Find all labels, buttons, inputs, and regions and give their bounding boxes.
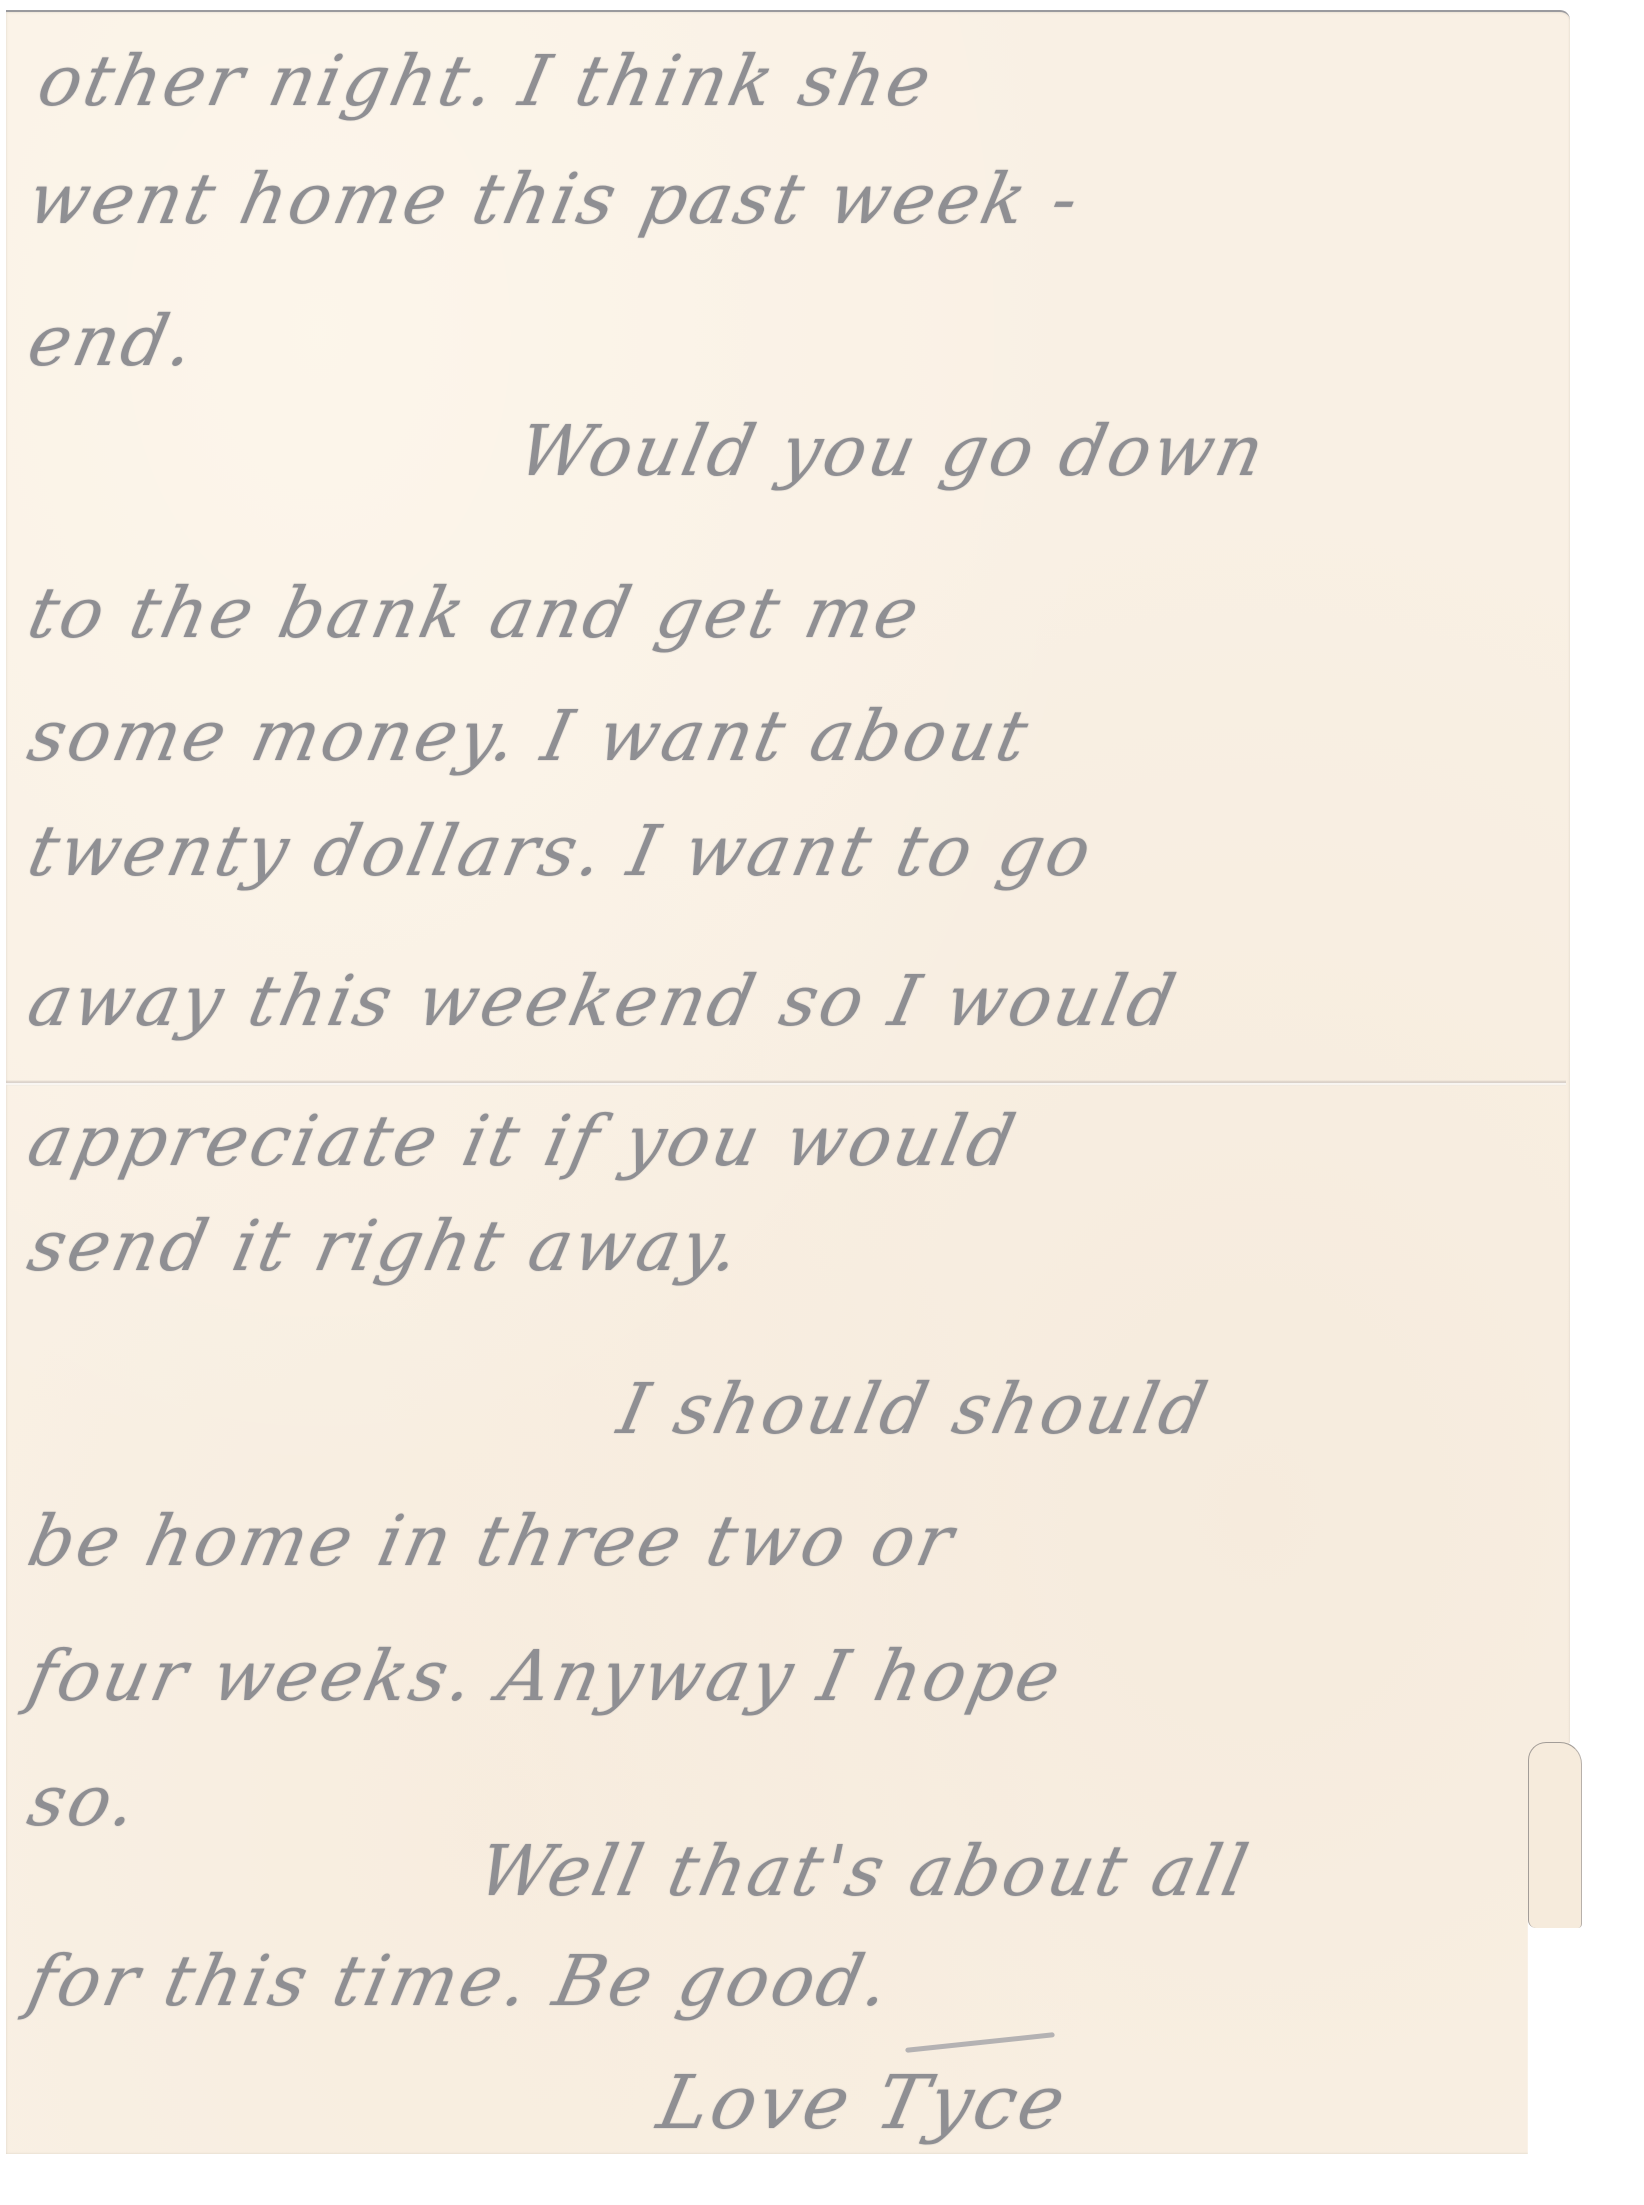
paper-fold-crease: [6, 1080, 1566, 1086]
letter-line-4: Would you go down: [511, 410, 1273, 492]
torn-edge: [1528, 1742, 1582, 1928]
letter-line-5: to the bank and get me: [21, 572, 928, 654]
letter-line-8: away this weekend so I would: [21, 960, 1185, 1042]
letter-line-9: appreciate it if you would: [21, 1100, 1024, 1182]
letter-line-2: went home this past week -: [21, 158, 1088, 240]
letter-line-11: I should should: [611, 1368, 1216, 1450]
letter-line-13: four weeks. Anyway I hope: [21, 1635, 1070, 1717]
letter-line-14: so.: [21, 1760, 147, 1842]
letter-line-1: other night. I think she: [31, 40, 941, 122]
letter-line-15: Well that's about all: [471, 1830, 1257, 1912]
letter-line-6: some money. I want about: [21, 695, 1037, 777]
letter-line-3: end.: [21, 300, 204, 382]
letter-signature: Love Tyce: [651, 2060, 1075, 2146]
letter-line-16: for this time. Be good.: [21, 1940, 899, 2022]
letter-line-10: send it right away.: [21, 1205, 750, 1287]
letter-line-12: be home in three two or: [21, 1500, 963, 1582]
letter-line-7: twenty dollars. I want to go: [21, 810, 1101, 892]
